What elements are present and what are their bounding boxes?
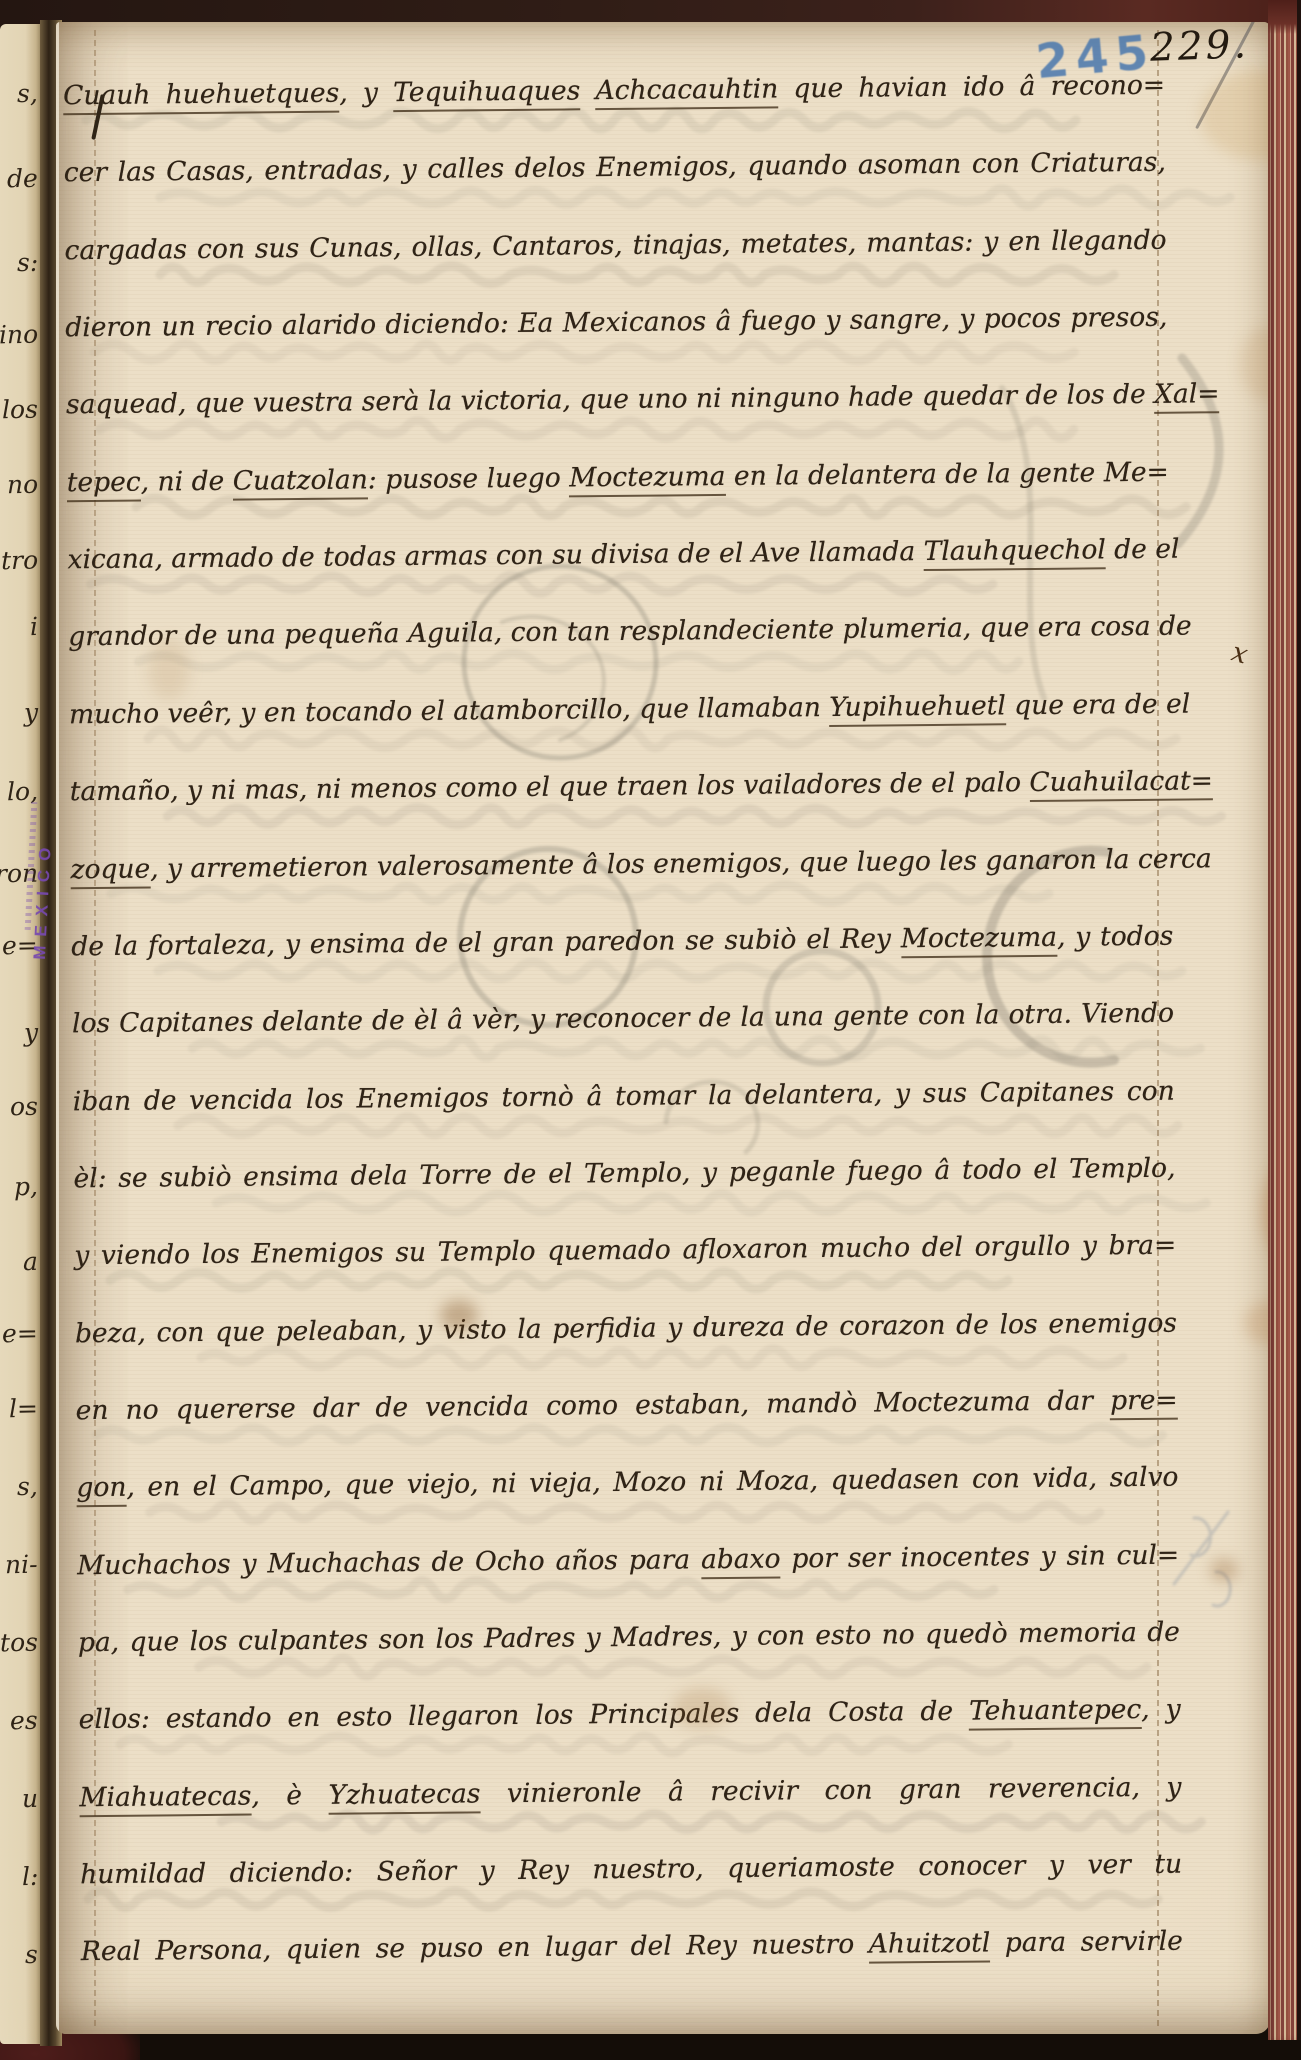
underlined-word: Achcacauhtin (595, 73, 778, 110)
line-text: para servirle (990, 1926, 1183, 1959)
facing-page-fragment: ino (0, 320, 38, 350)
line-text: Real Persona, quien se puso en lugar del… (81, 1929, 869, 1968)
underlined-word: Cuauh huehuetques (63, 78, 339, 116)
underlined-word: Yzhuatecas (328, 1778, 480, 1814)
underlined-word: pre= (1110, 1385, 1178, 1421)
folio-number-pencil: 245 (1034, 25, 1157, 90)
manuscript-line: ellos: estando en esto llegaron los Prin… (79, 1694, 1182, 1767)
facing-page-fragment: tos (0, 1628, 38, 1658)
line-text: de el (1106, 534, 1180, 566)
line-text: , en el Campo, que viejo, ni vieja, Mozo… (126, 1462, 1178, 1503)
manuscript-photo: s,des:inolosnootroiylo,rone=yosp,ae=l=s,… (0, 0, 1301, 2060)
line-text: èl: se subiò ensima dela Torre de el Tem… (73, 1153, 1175, 1195)
facing-page-fragment: p, (14, 1172, 38, 1201)
line-text: pa, que los culpantes son los Padres y M… (78, 1617, 1180, 1659)
fore-edge (1268, 0, 1301, 2040)
line-text: , è (251, 1779, 328, 1811)
facing-page-fragment: los (2, 395, 38, 425)
folio-number-ink: 229. (1149, 22, 1249, 70)
manuscript-line: y viendo los Enemigos su Templo quemado … (74, 1230, 1177, 1303)
facing-page-fragment: ni- (5, 1550, 38, 1580)
facing-page-fragment: e= (2, 1319, 38, 1349)
line-text: en no quererse dar de vencida como estab… (76, 1385, 1111, 1426)
underlined-word: tepec (67, 466, 141, 502)
manuscript-line: Muchachos y Muchachas de Ocho años para … (77, 1539, 1180, 1612)
manuscript-line: zoque, y arremetieron valerosamente â lo… (70, 843, 1173, 916)
line-text: y viendo los Enemigos su Templo quemado … (74, 1230, 1176, 1272)
line-text: de la fortaleza, y ensima de el gran par… (71, 923, 901, 962)
line-text: en la delantera de la gente Me= (725, 456, 1169, 491)
facing-page-fragment: otro (0, 546, 38, 576)
facing-page-fragment: y (24, 1018, 39, 1047)
manuscript-line: pa, que los culpantes son los Padres y M… (78, 1617, 1181, 1690)
underlined-word: Cuatzolan (233, 464, 368, 500)
facing-page-fragment: es (10, 1706, 38, 1735)
line-text: xicana, armado de todas armas con su div… (67, 536, 923, 575)
underlined-word: Cuahuilacat= (1029, 765, 1213, 802)
line-text: , y todos (1057, 921, 1174, 953)
manuscript-page: Cuauh huehuetques, y Tequihuaques Achcac… (56, 22, 1270, 2034)
manuscript-line: los Capitanes delante de èl â vèr, y rec… (72, 998, 1175, 1071)
manuscript-line: dieron un recio alarido diciendo: Ea Mex… (65, 302, 1168, 375)
line-text: saquead, que vuestra serà la victoria, q… (66, 379, 1154, 420)
line-text: Muchachos y Muchachas de Ocho años para (77, 1544, 701, 1581)
manuscript-line: èl: se subiò ensima dela Torre de el Tem… (73, 1153, 1176, 1226)
line-text: , y (1141, 1694, 1181, 1725)
line-text: dieron un recio alarido diciendo: Ea Mex… (65, 302, 1167, 344)
facing-page-fragment: os (10, 1092, 38, 1121)
manuscript-line: Cuauh huehuetques, y Tequihuaques Achcac… (63, 70, 1166, 143)
line-text: , ni de (140, 465, 232, 497)
underlined-word: Yupihuehuetl (829, 690, 1006, 727)
book-cover-bottom (0, 2032, 1301, 2060)
facing-page-fragment: s (25, 1940, 38, 1969)
underlined-word: Tlauhquechol (924, 534, 1106, 571)
facing-page-fragment: i (30, 612, 39, 641)
line-text: vinieronle â recivir con gran reverencia… (480, 1771, 1181, 1809)
manuscript-line: tamaño, y ni mas, ni menos como el que t… (70, 766, 1173, 839)
underlined-word: Ahuitzotl (869, 1928, 991, 1964)
manuscript-line: cer las Casas, entradas, y calles delos … (64, 147, 1167, 220)
line-text (580, 75, 596, 106)
facing-page-fragment: no (7, 470, 39, 500)
underlined-word: Moctezuma (569, 461, 726, 497)
facing-page-fragment: s, (17, 1472, 38, 1501)
line-text: cer las Casas, entradas, y calles delos … (64, 147, 1166, 189)
manuscript-line: en no quererse dar de vencida como estab… (76, 1385, 1179, 1458)
manuscript-line: mucho veêr, y en tocando el atamborcillo… (69, 688, 1172, 761)
line-text: humildad diciendo: Señor y Rey nuestro, … (80, 1849, 1182, 1891)
manuscript-line: humildad diciendo: Señor y Rey nuestro, … (80, 1849, 1183, 1922)
line-text: por ser inocentes y sin cul= (780, 1539, 1179, 1574)
manuscript-line: iban de vencida los Enemigos tornò â tom… (73, 1075, 1176, 1148)
manuscript-line: gon, en el Campo, que viejo, ni vieja, M… (76, 1462, 1179, 1535)
manuscript-line: de la fortaleza, y ensima de el gran par… (71, 921, 1174, 994)
manuscript-line: tepec, ni de Cuatzolan: pusose luego Moc… (67, 456, 1170, 529)
facing-page-fragment: u (22, 1784, 39, 1813)
facing-page-fragment: l= (9, 1394, 38, 1424)
underlined-word: gon (76, 1472, 126, 1507)
underlined-word: abaxo (701, 1543, 781, 1579)
line-text: , y arremetieron valerosamente â los ene… (150, 843, 1212, 884)
manuscript-line: Miahuatecas, è Yzhuatecas vinieronle â r… (79, 1771, 1182, 1844)
underlined-word: Tehuantepec (969, 1694, 1141, 1731)
manuscript-line: grandor de una pequeña Aguila, con tan r… (68, 611, 1171, 684)
line-text: iban de vencida los Enemigos tornò â tom… (73, 1075, 1175, 1117)
underlined-word: Tequihuaques (393, 75, 580, 112)
underlined-word: zoque (70, 853, 150, 889)
line-text: los Capitanes delante de èl â vèr, y rec… (72, 998, 1174, 1040)
line-text: , y (339, 77, 393, 109)
underlined-word: Moctezuma (901, 922, 1058, 958)
manuscript-line: cargadas con sus Cunas, ollas, Cantaros,… (64, 224, 1167, 297)
manuscript-line: beza, con que peleaban, y visto la perfi… (75, 1307, 1178, 1380)
facing-page-fragment: a (23, 1247, 38, 1276)
line-text: mucho veêr, y en tocando el atamborcillo… (69, 692, 830, 730)
underlined-word: Xal= (1154, 379, 1220, 415)
manuscript-line: xicana, armado de todas armas con su div… (67, 534, 1170, 607)
facing-page-fragment: y (24, 698, 39, 727)
line-text: : pusose luego (368, 462, 570, 495)
manuscript-line: saquead, que vuestra serà la victoria, q… (66, 379, 1169, 452)
line-text: cargadas con sus Cunas, ollas, Cantaros,… (64, 224, 1166, 266)
facing-page-fragment: de (7, 164, 38, 194)
line-text: tamaño, y ni mas, ni menos como el que t… (70, 767, 1030, 807)
facing-page-fragment: s: (16, 248, 38, 277)
facing-page-fragment: l: (21, 1862, 38, 1891)
line-text: que era de el (1006, 688, 1191, 721)
underlined-word: Miahuatecas (79, 1780, 251, 1817)
facing-page-fragment: s, (17, 79, 38, 108)
line-text: grandor de una pequeña Aguila, con tan r… (68, 611, 1192, 653)
manuscript-line: Real Persona, quien se puso en lugar del… (81, 1926, 1184, 1999)
line-text: ellos: estando en esto llegaron los Prin… (79, 1696, 970, 1736)
manuscript-text: Cuauh huehuetques, y Tequihuaques Achcac… (56, 22, 1270, 2034)
line-text: beza, con que peleaban, y visto la perfi… (75, 1307, 1177, 1349)
